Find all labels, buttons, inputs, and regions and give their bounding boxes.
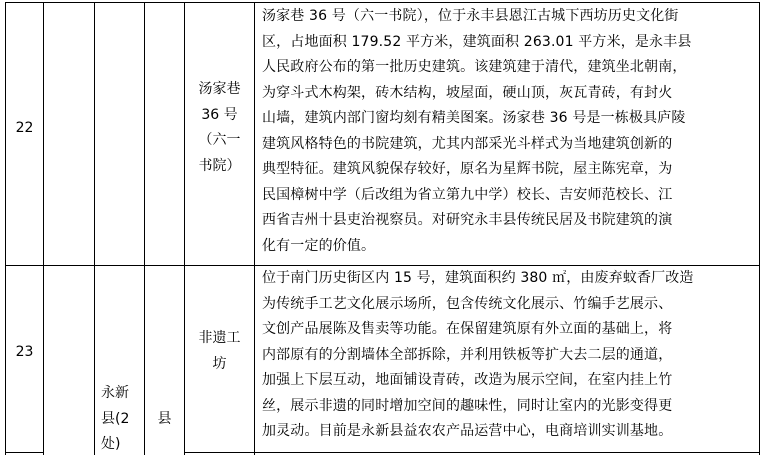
county-name: 永新 县(2 处) (95, 381, 144, 455)
col-border-4 (184, 2, 185, 455)
description-line: 建筑风格特色的书院建筑，尤其内部采光斗样式为当地建筑创新的 (262, 132, 754, 158)
description-line: 为传统手工艺文化展示场所，包含传统文化展示、竹编手艺展示、 (262, 292, 754, 318)
description-line: 丝，展示非遗的同时增加空间的趣味性，同时让室内的光影变得更 (262, 394, 754, 420)
county-name-line: 县(2 (101, 407, 144, 433)
description-line: 典型特征。建筑风貌保存较好，原名为星辉书院，屋主陈宪章，为 (262, 157, 754, 183)
description-line: 化有一定的价值。 (262, 234, 754, 260)
row-bottom-partial-right (184, 452, 759, 453)
description-line: 汤家巷 36 号（六一书院），位于永丰县恩江古城下西坊历史文化街 (262, 4, 754, 30)
description-line: 加强上下层互动，地面铺设青砖，改造为展示空间，在室内挂上竹 (262, 368, 754, 394)
col-border-1 (43, 2, 44, 455)
table-top-border (5, 2, 759, 3)
description-line: 为穿斗式木构架，砖木结构，坡屋面，硬山顶，灰瓦青砖，有封火 (262, 81, 754, 107)
description-line: 区，占地面积 179.52 平方米，建筑面积 263.01 平方米，是永丰县 (262, 30, 754, 56)
site-name-line: 汤家巷 (185, 77, 254, 103)
site-name: 汤家巷 36 号 （六一 书院） (185, 77, 254, 179)
site-name-line: 非遗工 (185, 326, 254, 352)
description-line: 文创产品展陈及售卖等功能。在保留建筑原有外立面的基础上，将 (262, 317, 754, 343)
col-border-5 (254, 2, 255, 455)
description-line: 加灵动。目前是永新县益农农产品运营中心，电商培训实训基地。 (262, 419, 754, 445)
level: 县 (145, 407, 184, 433)
site-name: 非遗工 坊 (185, 326, 254, 377)
description-line: 山墙，建筑内部门窗均刻有精美图案。汤家巷 36 号是一栋极具庐陵 (262, 106, 754, 132)
site-description: 汤家巷 36 号（六一书院），位于永丰县恩江古城下西坊历史文化街 区，占地面积 … (262, 4, 754, 259)
site-name-line: 书院） (185, 154, 254, 180)
col-border-3 (144, 2, 145, 455)
row-index: 23 (6, 340, 43, 366)
county-name-line: 永新 (101, 381, 144, 407)
col-border-6 (759, 2, 760, 455)
col-border-0 (5, 2, 6, 455)
site-name-line: 坊 (185, 352, 254, 378)
description-line: 内部原有的分割墙体全部拆除，并利用铁板等扩大去二层的通道， (262, 343, 754, 369)
site-description: 位于南门历史街区内 15 号，建筑面积约 380 ㎡，由废弃蚊香厂改造 为传统手… (262, 266, 754, 445)
description-line: 人民政府公布的第一批历史建筑。该建筑建于清代，建筑坐北朝南， (262, 55, 754, 81)
description-line: 西省吉州十县吏治视察员。对研究永丰县传统民居及书院建筑的演 (262, 208, 754, 234)
document-table: 22 汤家巷 36 号 （六一 书院） 汤家巷 36 号（六一书院），位于永丰县… (0, 0, 764, 455)
description-line: 民国樟树中学（后改组为省立第九中学）校长、吉安师范校长、江 (262, 183, 754, 209)
row-bottom-partial-left (5, 452, 44, 453)
description-line: 位于南门历史街区内 15 号，建筑面积约 380 ㎡，由废弃蚊香厂改造 (262, 266, 754, 292)
site-name-line: 36 号 (185, 103, 254, 129)
site-name-line: （六一 (185, 128, 254, 154)
county-name-line: 处) (101, 432, 144, 455)
row-index: 22 (6, 116, 43, 142)
